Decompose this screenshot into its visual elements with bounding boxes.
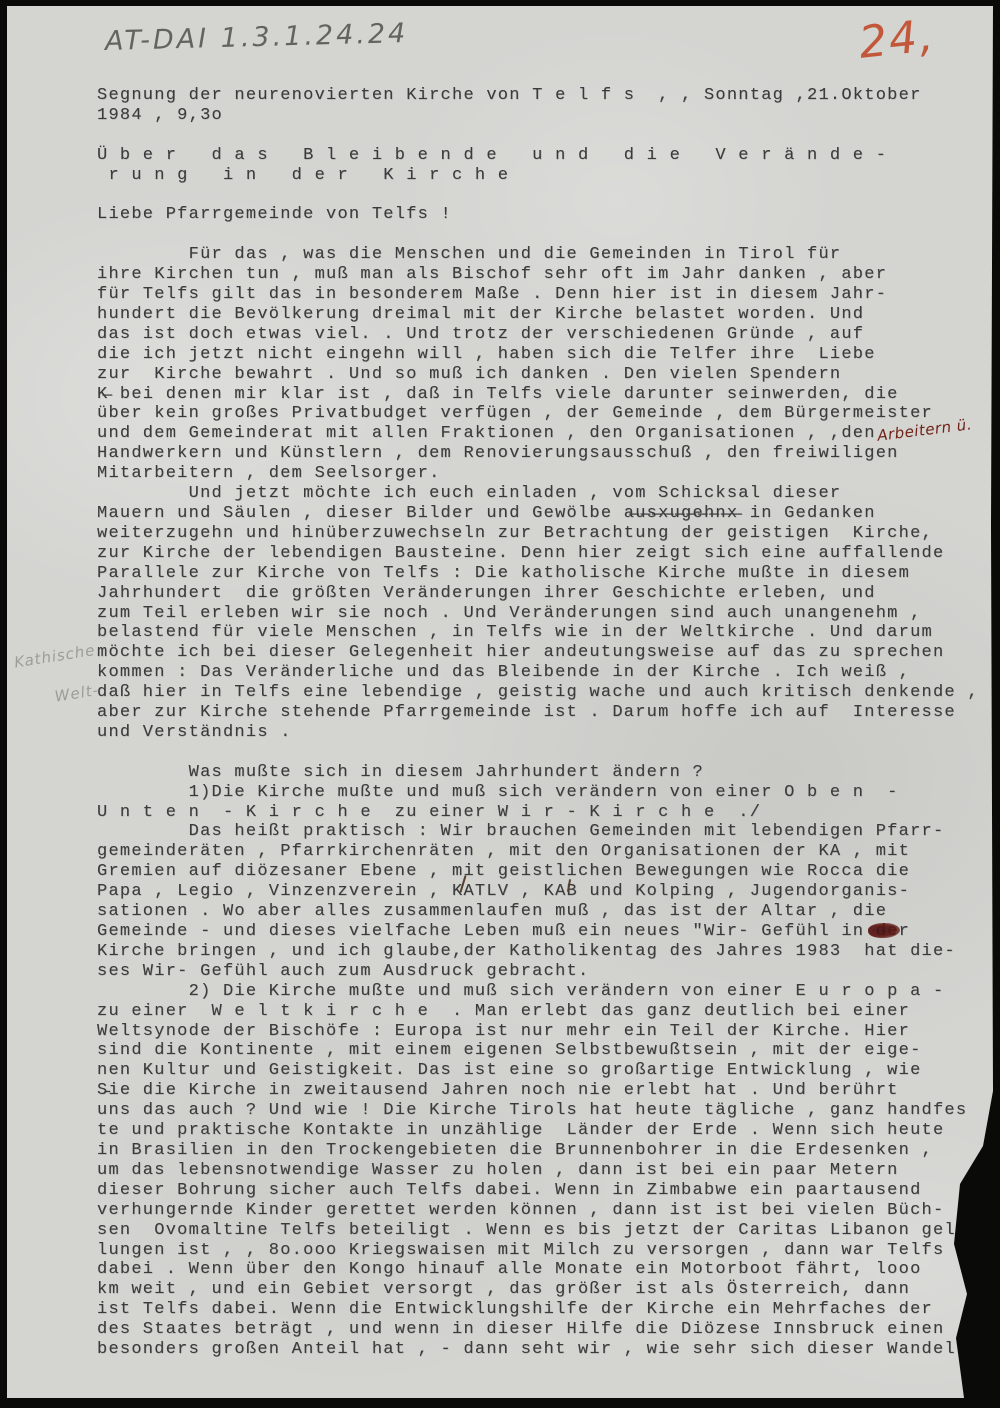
typed-line: um das lebensnotwendige Wasser zu holen … <box>97 1161 979 1181</box>
scan-background: AT-DAI 1.3.1.24.24 24, Segnung der neure… <box>0 0 1000 1408</box>
typed-line: ses Wir- Gefühl auch zum Ausdruck gebrac… <box>97 962 979 982</box>
typed-line: sind die Kontinente , mit einem eigenen … <box>97 1041 979 1061</box>
typed-line: K̶ bei denen mir klar ist , daß in Telfs… <box>97 385 979 405</box>
typed-line: Gremien auf diözesaner Ebene , mit geist… <box>97 862 979 882</box>
typed-line: möchte ich bei dieser Gelegenheit hier a… <box>97 643 979 663</box>
typed-line: Weltsynode der Bischöfe : Europa ist nur… <box>97 1022 979 1042</box>
typed-line: sen Ovomaltine Telfs beteiligt . Wenn es… <box>97 1221 979 1241</box>
typed-line: Mauern und Säulen , dieser Bilder und Ge… <box>97 504 979 524</box>
typed-line: S̵ie die Kirche in zweitausend Jahren no… <box>97 1081 979 1101</box>
typed-line: für Telfs gilt das in besonderem Maße . … <box>97 285 979 305</box>
typed-line: Was mußte sich in diesem Jahrhundert änd… <box>97 763 979 783</box>
typed-line: Und jetzt möchte ich euch einladen , vom… <box>97 484 979 504</box>
typed-line: daß hier in Telfs eine lebendige , geist… <box>97 683 979 703</box>
typed-line: Für das , was die Menschen und die Gemei… <box>97 245 979 265</box>
typed-line: des Staates beträgt , und wenn in dieser… <box>97 1320 979 1340</box>
handwritten-margin-note-left: Kathische Welt- <box>13 640 103 712</box>
typed-line: nen Kultur und Geistigkeit. Das ist eine… <box>97 1061 979 1081</box>
typed-line: Segnung der neurenovierten Kirche von T … <box>97 86 979 106</box>
typed-line: besonders großen Anteil hat , - dann seh… <box>97 1340 979 1360</box>
typed-line: hundert die Bevölkerung dreimal mit der … <box>97 305 979 325</box>
typed-line: lungen ist , , 8o.ooo Kriegswaisen mit M… <box>97 1241 979 1261</box>
typed-line <box>97 186 979 206</box>
typed-line: Ü b e r d a s B l e i b e n d e u n d d … <box>97 146 979 166</box>
typewritten-text: Segnung der neurenovierten Kirche von T … <box>97 86 979 1360</box>
typed-line: Liebe Pfarrgemeinde von Telfs ! <box>97 205 979 225</box>
typed-line: r u n g i n d e r K i r c h e <box>97 166 979 186</box>
typed-line: gemeinderäten , Pfarrkirchenräten , mit … <box>97 842 979 862</box>
typed-line: und dem Gemeinderat mit allen Fraktionen… <box>97 424 979 444</box>
typed-line: zu einer W e l t k i r c h e . Man erleb… <box>97 1002 979 1022</box>
typed-line: U n t e n - K i r c h e zu einer W i r -… <box>97 803 979 823</box>
typed-line: 1)Die Kirche mußte und muß sich veränder… <box>97 783 979 803</box>
typed-line: ist Telfs dabei. Wenn die Entwicklungshi… <box>97 1300 979 1320</box>
typed-line: die ich jetzt nicht eingehn will , haben… <box>97 345 979 365</box>
typed-line: Das heißt praktisch : Wir brauchen Gemei… <box>97 822 979 842</box>
typed-line: 2) Die Kirche mußte und muß sich verände… <box>97 982 979 1002</box>
handwritten-archive-code: AT-DAI 1.3.1.24.24 <box>105 18 409 57</box>
typed-line: zum Teil erleben wir sie noch . Und Verä… <box>97 604 979 624</box>
typed-line: 1984 , 9,3o <box>97 106 979 126</box>
typed-line: Papa , Legio , Vinzenzverein , KATLV , K… <box>97 882 979 902</box>
typed-line: ihre Kirchen tun , muß man als Bischof s… <box>97 265 979 285</box>
typed-line: dieser Bohrung sicher auch Telfs dabei. … <box>97 1181 979 1201</box>
typed-line: Jahrhundert die größten Veränderungen ih… <box>97 584 979 604</box>
typed-line <box>97 743 979 763</box>
typed-line: dabei . Wenn über den Kongo hinauf alle … <box>97 1260 979 1280</box>
typed-line: Parallele zur Kirche von Telfs : Die kat… <box>97 564 979 584</box>
typed-line: weiterzugehn und hinüberzuwechseln zur B… <box>97 524 979 544</box>
typed-line: und Verständnis . <box>97 723 979 743</box>
typed-line: kommen : Das Veränderliche und das Bleib… <box>97 663 979 683</box>
document-page: AT-DAI 1.3.1.24.24 24, Segnung der neure… <box>7 6 993 1398</box>
handwritten-page-number: 24, <box>857 10 938 69</box>
typed-line: km weit , und ein Gebiet versorgt , das … <box>97 1280 979 1300</box>
typed-line: belastend für viele Menschen , in Telfs … <box>97 623 979 643</box>
margin-note-left-line2: Welt- <box>53 681 100 706</box>
typed-line: das ist doch etwas viel. . Und trotz der… <box>97 325 979 345</box>
typed-line: uns das auch ? Und wie ! Die Kirche Tiro… <box>97 1101 979 1121</box>
typed-line <box>97 225 979 245</box>
typed-line: verhungernde Kinder gerettet werden könn… <box>97 1201 979 1221</box>
typed-line: Kirche bringen , und ich glaube,der Kath… <box>97 942 979 962</box>
typed-line: in Brasilien in den Trockengebieten die … <box>97 1141 979 1161</box>
typed-line: zur Kirche bewahrt . Und so muß ich dank… <box>97 365 979 385</box>
typed-line: Gemeinde - und dieses vielfache Leben mu… <box>97 922 979 942</box>
typed-line: te und praktische Kontakte in unzählige … <box>97 1121 979 1141</box>
margin-note-left-line1: Kathische <box>13 641 97 672</box>
typed-line: über kein großes Privatbudget verfügen ,… <box>97 404 979 424</box>
typed-line: zur Kirche der lebendigen Bausteine. Den… <box>97 544 979 564</box>
typed-line: aber zur Kirche stehende Pfarrgemeinde i… <box>97 703 979 723</box>
typed-line: Handwerkern und Künstlern , dem Renovier… <box>97 444 979 464</box>
typed-line: Mitarbeitern , dem Seelsorger. <box>97 464 979 484</box>
typed-line <box>97 126 979 146</box>
typed-line: sationen . Wo aber alles zusammenlaufen … <box>97 902 979 922</box>
